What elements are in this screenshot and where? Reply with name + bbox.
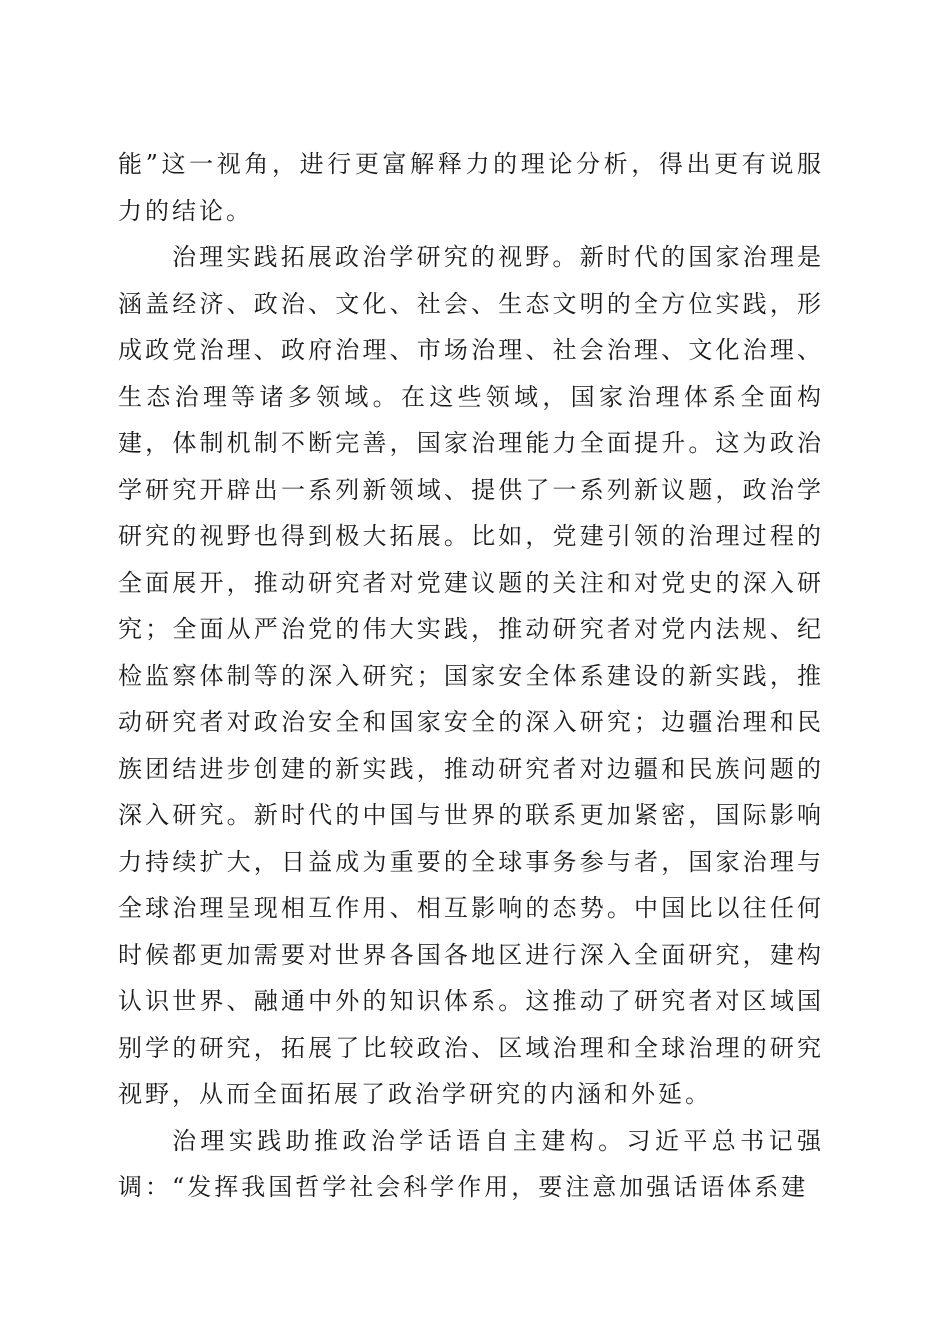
paragraph-governance-discourse: 治理实践助推政治学话语自主建构。习近平总书记强调：“发挥我国哲学社会科学作用，要… (118, 1118, 824, 1211)
paragraph-governance-expands-vision: 治理实践拓展政治学研究的视野。新时代的国家治理是涵盖经济、政治、文化、社会、生态… (118, 234, 824, 1118)
paragraph-continuation: 能”这一视角，进行更富解释力的理论分析，得出更有说服力的结论。 (118, 141, 824, 234)
document-page: 能”这一视角，进行更富解释力的理论分析，得出更有说服力的结论。 治理实践拓展政治… (118, 141, 824, 1211)
